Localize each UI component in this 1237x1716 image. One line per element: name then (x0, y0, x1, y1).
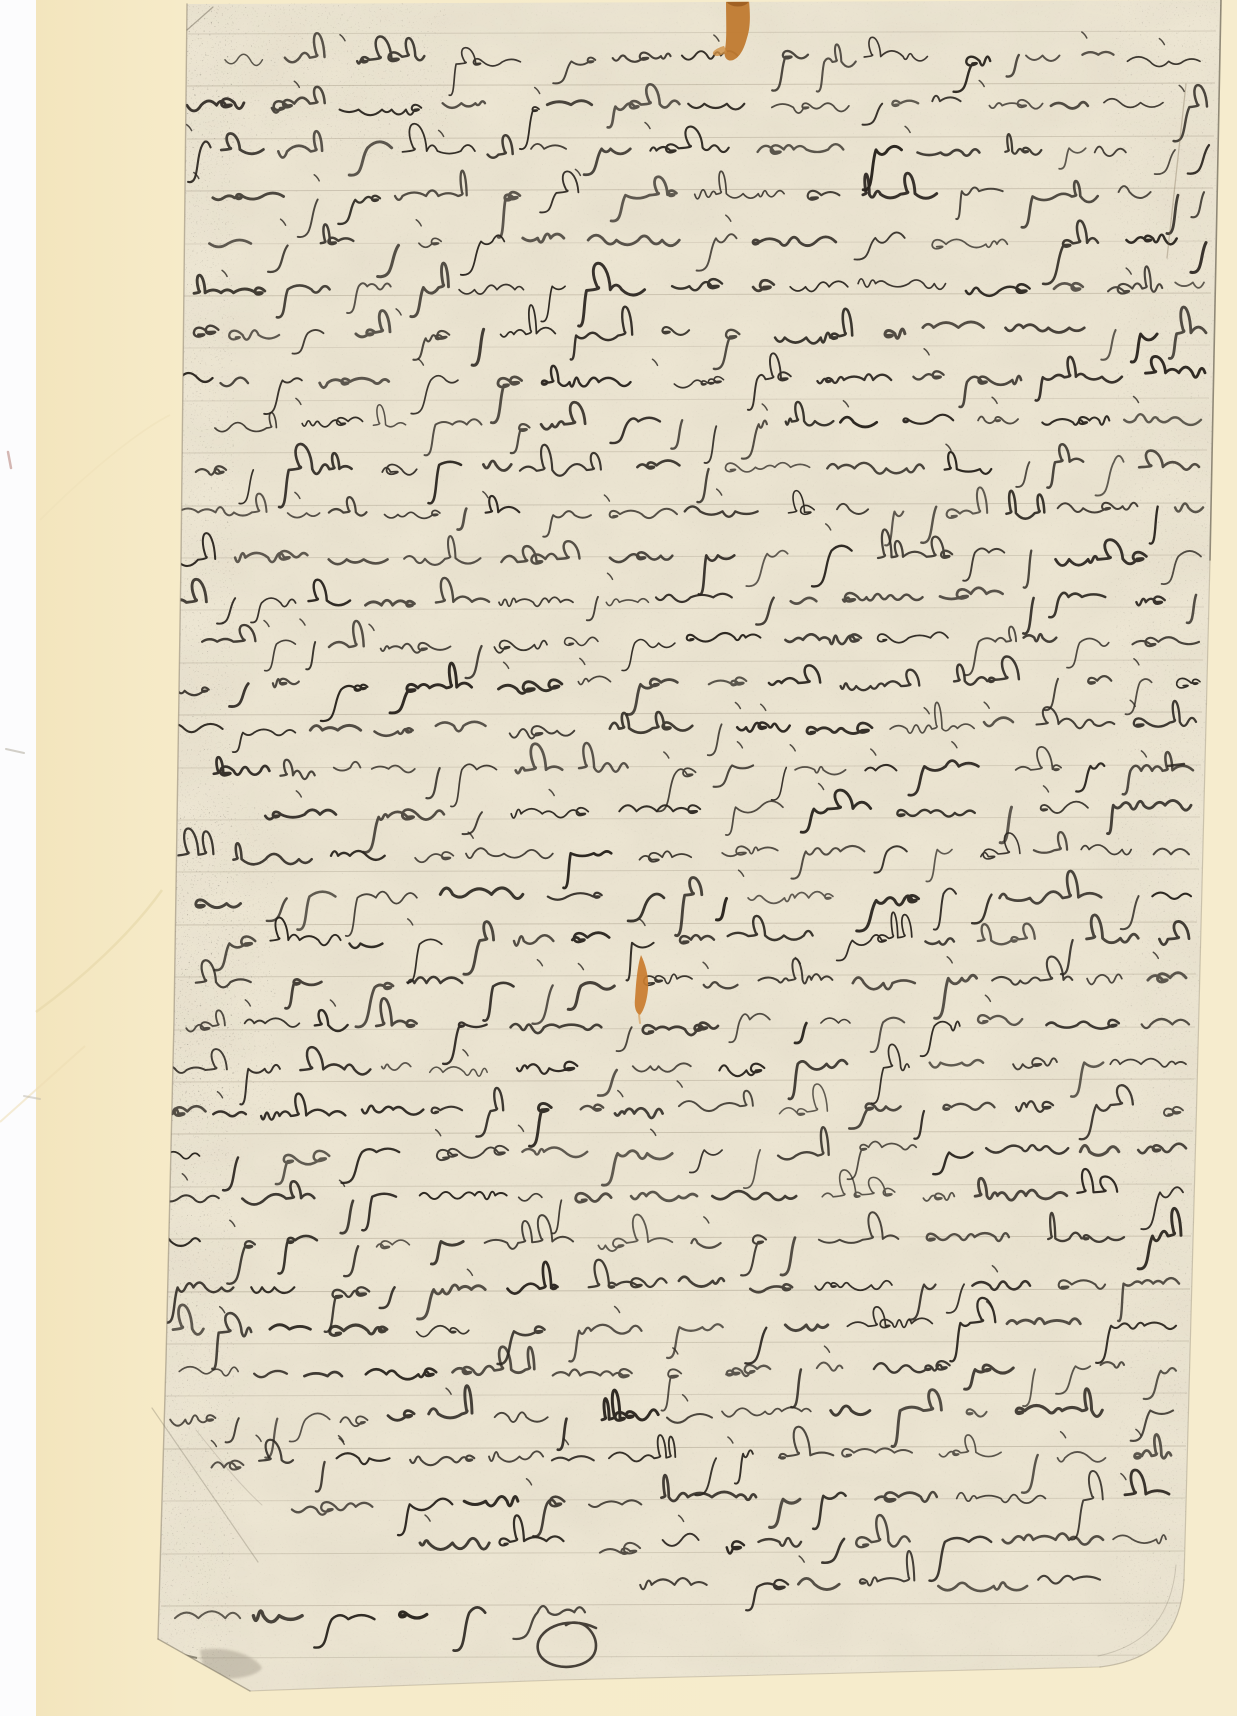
manuscript-page (57, 0, 1237, 1716)
scanned-document: Scanned photocopy of a densely handwritt… (0, 0, 1237, 1716)
manuscript-scan (0, 0, 1237, 1716)
